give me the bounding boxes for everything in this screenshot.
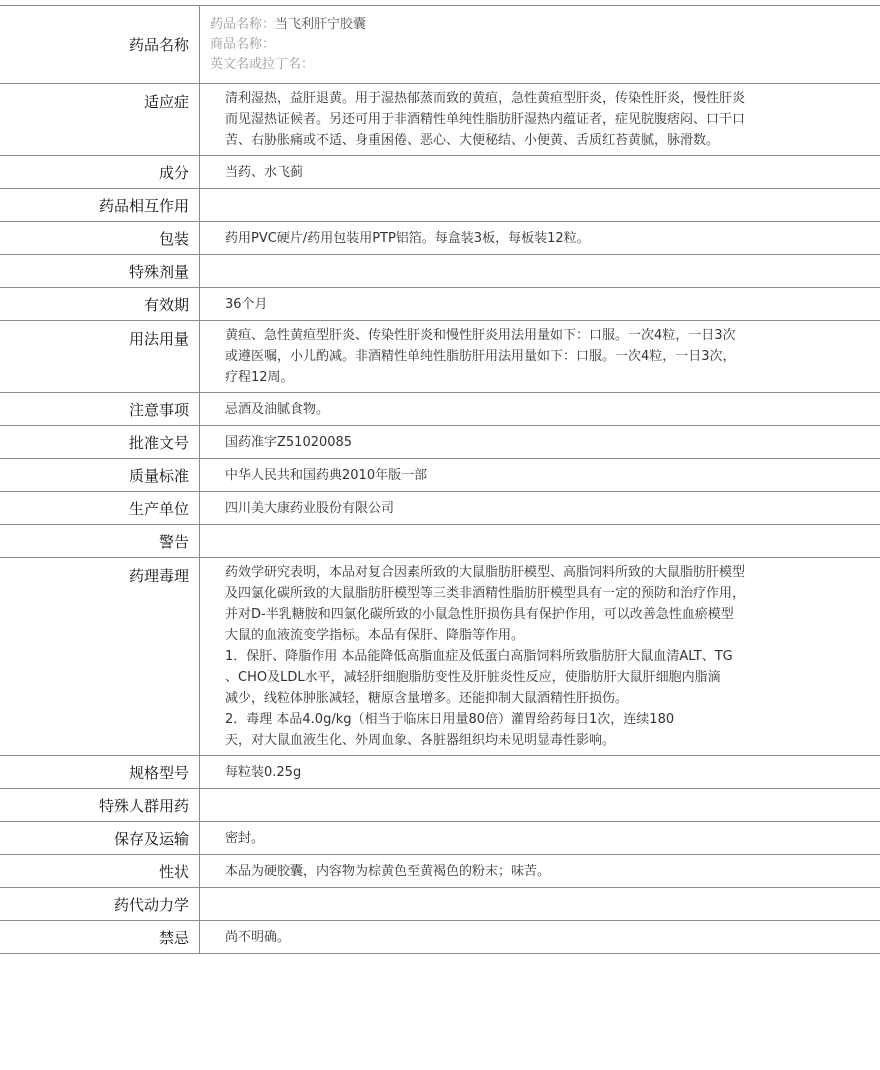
text-line: 并对D-半乳糖胺和四氯化碳所致的小鼠急性肝损伤具有保护作用，可以改善急性血瘀模型 <box>225 604 880 625</box>
row-indications: 适应症 清利湿热，益肝退黄。用于湿热郁蒸而致的黄疸，急性黄疸型肝炎，传染性肝炎，… <box>0 84 880 156</box>
row-value <box>200 255 880 288</box>
row-value: 忌酒及油腻食物。 <box>200 393 880 426</box>
row-value <box>200 789 880 822</box>
row-label: 规格型号 <box>0 756 200 789</box>
row-label: 保存及运输 <box>0 822 200 855</box>
row-value: 清利湿热，益肝退黄。用于湿热郁蒸而致的黄疸，急性黄疸型肝炎，传染性肝炎，慢性肝炎… <box>200 84 880 156</box>
text-line: 、CHO及LDL水平，减轻肝细胞脂肪变性及肝脏炎性反应，使脂肪肝大鼠肝细胞内脂滴 <box>225 667 880 688</box>
row-description: 性状 本品为硬胶囊，内容物为棕黄色至黄褐色的粉末；味苦。 <box>0 855 880 888</box>
text-line: 清利湿热，益肝退黄。用于湿热郁蒸而致的黄疸，急性黄疸型肝炎，传染性肝炎，慢性肝炎 <box>225 88 880 109</box>
text-line: 苦、右胁胀痛或不适、身重困倦、恶心、大便秘结、小便黄、舌质红苔黄腻，脉滑数。 <box>225 130 880 151</box>
text-line: 而见湿热证候者。另还可用于非酒精性单纯性脂肪肝湿热内蕴证者，症见脘腹痞闷、口干口 <box>225 109 880 130</box>
row-value: 密封。 <box>200 822 880 855</box>
row-drug-name: 药品名称 药品名称：当飞利肝宁胶囊 商品名称： 英文名或拉丁名： <box>0 6 880 84</box>
row-warning: 警告 <box>0 525 880 558</box>
row-value: 尚不明确。 <box>200 921 880 954</box>
row-value: 药用PVC硬片/药用包装用PTP铝箔。每盒装3板，每板装12粒。 <box>200 222 880 255</box>
row-value: 药品名称：当飞利肝宁胶囊 商品名称： 英文名或拉丁名： <box>200 6 880 84</box>
row-label: 批准文号 <box>0 426 200 459</box>
row-contraindications: 禁忌 尚不明确。 <box>0 921 880 954</box>
text-line: 疗程12周。 <box>225 367 880 388</box>
row-value: 国药准字Z51020085 <box>200 426 880 459</box>
row-label: 警告 <box>0 525 200 558</box>
text-line: 减少，线粒体肿胀减轻，糖原含量增多。还能抑制大鼠酒精性肝损伤。 <box>225 688 880 709</box>
row-value: 黄疸、急性黄疸型肝炎、传染性肝炎和慢性肝炎用法用量如下：口服。一次4粒，一日3次… <box>200 321 880 393</box>
row-storage: 保存及运输 密封。 <box>0 822 880 855</box>
row-label: 生产单位 <box>0 492 200 525</box>
row-ingredients: 成分 当药、水飞蓟 <box>0 156 880 189</box>
row-label: 特殊人群用药 <box>0 789 200 822</box>
trade-name-label: 商品名称： <box>210 35 880 55</box>
text-line: 药效学研究表明，本品对复合因素所致的大鼠脂肪肝模型、高脂饲料所致的大鼠脂肪肝模型 <box>225 562 880 583</box>
row-label: 药代动力学 <box>0 888 200 921</box>
row-label: 药品名称 <box>0 6 200 84</box>
row-special-dosage: 特殊剂量 <box>0 255 880 288</box>
row-quality-standard: 质量标准 中华人民共和国药典2010年版一部 <box>0 459 880 492</box>
row-packaging: 包装 药用PVC硬片/药用包装用PTP铝箔。每盒装3板，每板装12粒。 <box>0 222 880 255</box>
row-label: 特殊剂量 <box>0 255 200 288</box>
row-dosage: 用法用量 黄疸、急性黄疸型肝炎、传染性肝炎和慢性肝炎用法用量如下：口服。一次4粒… <box>0 321 880 393</box>
row-value: 中华人民共和国药典2010年版一部 <box>200 459 880 492</box>
text-line: 2．毒理 本品4.0g/kg（相当于临床日用量80倍）灌胃给药每日1次，连续18… <box>225 709 880 730</box>
row-value <box>200 525 880 558</box>
generic-name-line: 药品名称：当飞利肝宁胶囊 <box>210 15 880 35</box>
row-label: 用法用量 <box>0 321 200 393</box>
row-value: 四川美大康药业股份有限公司 <box>200 492 880 525</box>
row-value: 36个月 <box>200 288 880 321</box>
row-value: 每粒装0.25g <box>200 756 880 789</box>
row-precautions: 注意事项 忌酒及油腻食物。 <box>0 393 880 426</box>
row-shelf-life: 有效期 36个月 <box>0 288 880 321</box>
generic-name-label: 药品名称： <box>210 17 275 32</box>
row-label: 性状 <box>0 855 200 888</box>
row-label: 成分 <box>0 156 200 189</box>
text-line: 及四氯化碳所致的大鼠脂肪肝模型等三类非酒精性脂肪肝模型具有一定的预防和治疗作用， <box>225 583 880 604</box>
generic-name-value: 当飞利肝宁胶囊 <box>275 17 366 32</box>
row-label: 药理毒理 <box>0 558 200 756</box>
row-label: 禁忌 <box>0 921 200 954</box>
row-pharmacology: 药理毒理 药效学研究表明，本品对复合因素所致的大鼠脂肪肝模型、高脂饲料所致的大鼠… <box>0 558 880 756</box>
row-value: 当药、水飞蓟 <box>200 156 880 189</box>
row-specification: 规格型号 每粒装0.25g <box>0 756 880 789</box>
english-name-label: 英文名或拉丁名： <box>210 55 880 75</box>
row-pharmacokinetics: 药代动力学 <box>0 888 880 921</box>
row-drug-interactions: 药品相互作用 <box>0 189 880 222</box>
row-value: 本品为硬胶囊，内容物为棕黄色至黄褐色的粉末；味苦。 <box>200 855 880 888</box>
row-label: 注意事项 <box>0 393 200 426</box>
text-line: 1．保肝、降脂作用 本品能降低高脂血症及低蛋白高脂饲料所致脂肪肝大鼠血清ALT、… <box>225 646 880 667</box>
drug-spec-table: 药品名称 药品名称：当飞利肝宁胶囊 商品名称： 英文名或拉丁名： 适应症 清利湿… <box>0 5 880 954</box>
text-line: 天，对大鼠血液生化、外周血象、各脏器组织均未见明显毒性影响。 <box>225 730 880 751</box>
text-line: 或遵医嘱，小儿酌减。非酒精性单纯性脂肪肝用法用量如下：口服。一次4粒，一日3次， <box>225 346 880 367</box>
row-label: 适应症 <box>0 84 200 156</box>
row-approval-number: 批准文号 国药准字Z51020085 <box>0 426 880 459</box>
row-value <box>200 888 880 921</box>
text-line: 黄疸、急性黄疸型肝炎、传染性肝炎和慢性肝炎用法用量如下：口服。一次4粒，一日3次 <box>225 325 880 346</box>
row-label: 有效期 <box>0 288 200 321</box>
row-special-populations: 特殊人群用药 <box>0 789 880 822</box>
row-label: 质量标准 <box>0 459 200 492</box>
text-line: 大鼠的血液流变学指标。本品有保肝、降脂等作用。 <box>225 625 880 646</box>
row-value <box>200 189 880 222</box>
row-label: 包装 <box>0 222 200 255</box>
row-manufacturer: 生产单位 四川美大康药业股份有限公司 <box>0 492 880 525</box>
row-label: 药品相互作用 <box>0 189 200 222</box>
row-value: 药效学研究表明，本品对复合因素所致的大鼠脂肪肝模型、高脂饲料所致的大鼠脂肪肝模型… <box>200 558 880 756</box>
